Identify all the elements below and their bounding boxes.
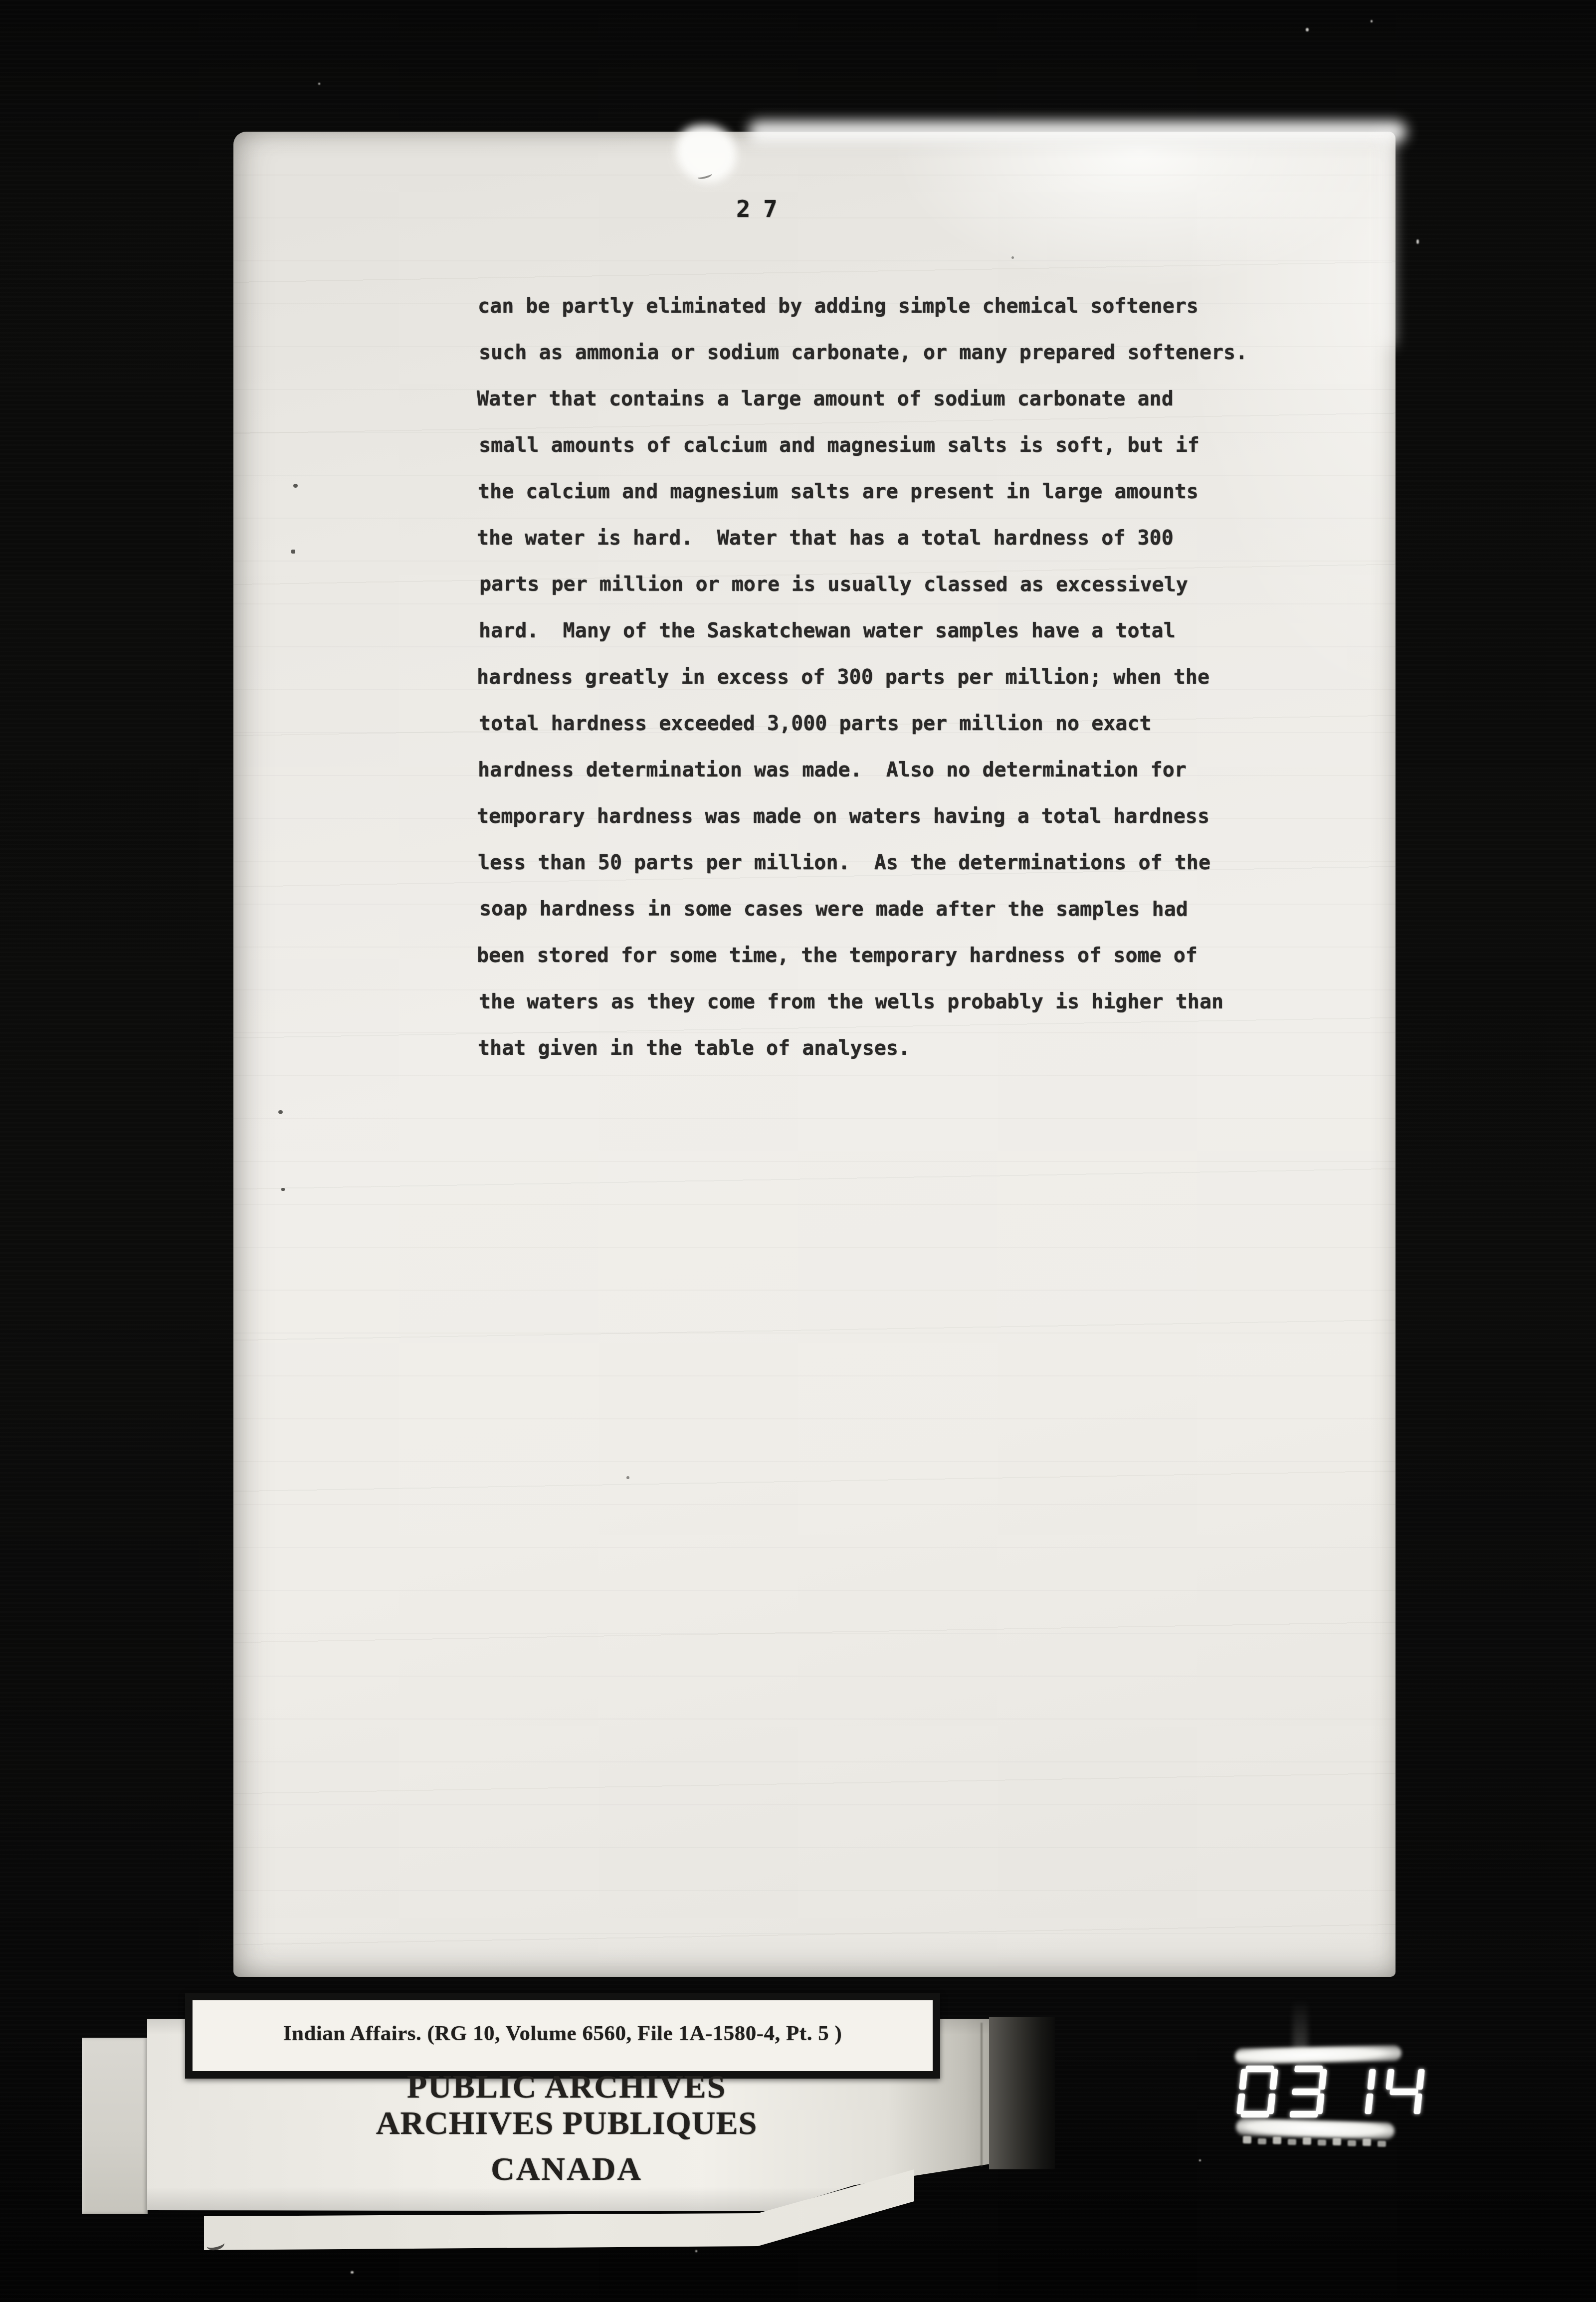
counter-tooth — [1243, 2136, 1251, 2143]
typed-line: such as ammonia or sodium carbonate, or … — [479, 330, 1287, 376]
segment-d — [1290, 2111, 1318, 2117]
segment-b — [1269, 2069, 1278, 2090]
document-page: 27 can be partly eliminated by adding si… — [233, 132, 1396, 1977]
counter-digit — [1285, 2066, 1328, 2117]
counter-tooth — [1348, 2140, 1356, 2146]
counter-digit — [1236, 2066, 1279, 2117]
archive-reference-card: Indian Affairs. (RG 10, Volume 6560, Fil… — [185, 1993, 940, 2079]
counter-tooth — [1303, 2137, 1311, 2145]
segment-a — [1392, 2066, 1420, 2072]
counter-tooth — [1363, 2138, 1371, 2146]
ink-speck — [278, 1110, 283, 1114]
segment-a — [1245, 2066, 1274, 2072]
segment-a — [1294, 2066, 1323, 2072]
microfilm-frame: 27 can be partly eliminated by adding si… — [0, 0, 1596, 2302]
counter-digit — [1334, 2066, 1377, 2117]
ink-speck — [1011, 256, 1014, 259]
segment-d — [1241, 2111, 1269, 2117]
typed-line: the waters as they come from the wells p… — [479, 979, 1287, 1025]
segment-a — [1343, 2066, 1372, 2072]
segment-f — [1337, 2069, 1345, 2090]
segment-g — [1390, 2089, 1418, 2095]
typed-line: parts per million or more is usually cla… — [479, 561, 1287, 608]
segment-g — [1341, 2089, 1369, 2095]
film-fleck — [351, 2271, 354, 2274]
counter-tooth — [1318, 2139, 1326, 2145]
segment-b — [1367, 2069, 1376, 2090]
film-fleck — [448, 2240, 451, 2242]
typed-line: small amounts of calcium and magnesium s… — [479, 422, 1287, 469]
archive-reference-label: Indian Affairs. (RG 10, Volume 6560, Fil… — [283, 2021, 842, 2046]
film-fleck — [695, 2250, 697, 2252]
typed-line: soap hardness in some cases were made af… — [479, 886, 1287, 933]
counter-tooth — [1378, 2141, 1386, 2147]
card-stack-shadow — [989, 2017, 1055, 2169]
typed-paragraph: can be partly eliminated by adding simpl… — [478, 283, 1286, 1072]
film-fleck — [1371, 20, 1373, 22]
card-stack-edge — [82, 2038, 148, 2214]
page-number: 27 — [736, 195, 791, 223]
archives-stamp-line2: ARCHIVES PUBLIQUES — [217, 2105, 916, 2142]
film-fleck — [318, 83, 320, 85]
counter-light-bar-top — [1235, 2045, 1402, 2065]
counter-tooth — [1273, 2136, 1281, 2144]
film-fleck — [1199, 2159, 1201, 2161]
typed-line: the water is hard. Water that has a tota… — [477, 515, 1285, 562]
typed-line: Water that contains a large amount of so… — [477, 376, 1285, 422]
archives-stamp-line1: PUBLIC ARCHIVES — [217, 2068, 916, 2106]
segment-f — [1239, 2069, 1247, 2090]
segment-f — [1288, 2069, 1296, 2090]
typed-line: less than 50 parts per million. As the d… — [478, 840, 1286, 886]
counter-digits — [1236, 2066, 1425, 2117]
segment-b — [1416, 2069, 1424, 2090]
ink-speck — [626, 1476, 629, 1479]
segment-g — [1243, 2089, 1271, 2095]
typed-line: hardness determination was made. Also no… — [478, 747, 1286, 793]
film-glare — [1378, 134, 1395, 348]
ink-speck — [293, 484, 298, 488]
film-fleck — [1306, 28, 1309, 31]
typed-line: total hardness exceeded 3,000 parts per … — [479, 701, 1287, 747]
typed-line: hardness greatly in excess of 300 parts … — [477, 654, 1285, 701]
ink-speck — [281, 1188, 285, 1191]
film-glare — [748, 121, 1406, 143]
typed-line: can be partly eliminated by adding simpl… — [478, 283, 1286, 330]
typed-line: temporary hardness was made on waters ha… — [477, 793, 1285, 840]
segment-d — [1388, 2111, 1416, 2117]
counter-tooth — [1288, 2139, 1296, 2145]
ink-speck — [291, 550, 295, 554]
typed-line: that given in the table of analyses. — [478, 1025, 1286, 1072]
film-fleck — [1416, 239, 1419, 244]
counter-digit — [1383, 2066, 1425, 2117]
typed-line: been stored for some time, the temporary… — [477, 933, 1285, 979]
counter-tooth — [1333, 2138, 1341, 2145]
segment-d — [1339, 2111, 1367, 2117]
segment-f — [1386, 2069, 1394, 2090]
typed-line: hard. Many of the Saskatchewan water sam… — [479, 608, 1287, 654]
archives-stamp-line3: CANADA — [217, 2150, 916, 2188]
segment-b — [1318, 2069, 1327, 2090]
typed-line: the calcium and magnesium salts are pres… — [478, 469, 1286, 515]
card-stack-seam — [981, 2023, 983, 2166]
counter-tooth — [1258, 2138, 1266, 2144]
segment-g — [1292, 2089, 1320, 2095]
